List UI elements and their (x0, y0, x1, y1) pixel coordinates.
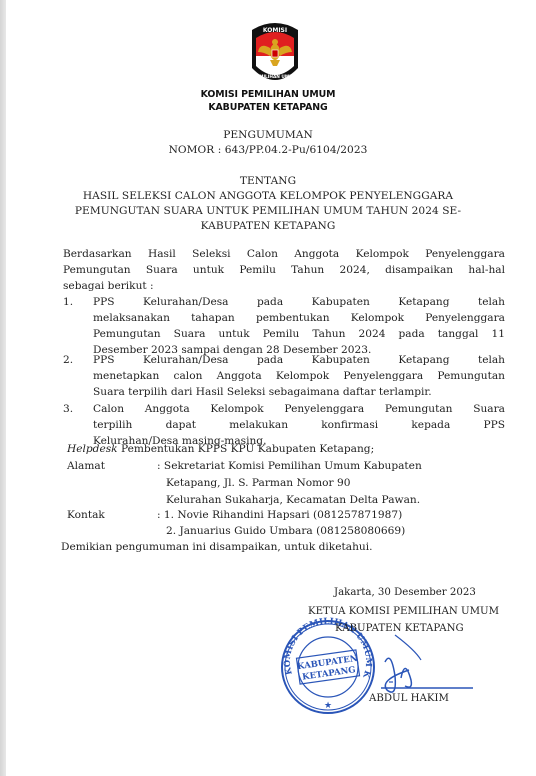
list-line: Calon Anggota Kelompok Penyelenggara Pem… (93, 401, 505, 417)
about-heading: TENTANG (0, 175, 536, 187)
svg-text:★: ★ (324, 701, 332, 711)
organization-name: KOMISI PEMILIHAN UMUM (0, 89, 536, 100)
intro-line: sebagai berikut : (63, 278, 505, 294)
intro-line: Pemungutan Suara untuk Pemilu Tahun 2024… (63, 262, 505, 278)
intro-paragraph: Berdasarkan Hasil Seleksi Calon Anggota … (63, 246, 505, 294)
list-number: 3. (63, 401, 85, 417)
intro-line: Berdasarkan Hasil Seleksi Calon Anggota … (63, 246, 505, 262)
contact-line: : 1. Novie Rihandini Hapsari (0812578719… (157, 509, 402, 521)
address-line: Ketapang, Jl. S. Parman Nomor 90 (166, 477, 350, 489)
place-date: Jakarta, 30 Desember 2023 (334, 587, 476, 598)
svg-text:PEMILIHAN UMUM: PEMILIHAN UMUM (253, 74, 297, 80)
list-line: PPS Kelurahan/Desa pada Kabupaten Ketapa… (93, 294, 505, 310)
subject-line: HASIL SELEKSI CALON ANGGOTA KELOMPOK PEN… (0, 190, 536, 202)
list-number: 1. (63, 294, 85, 310)
helpdesk-line: Helpdesk Pembentukan KPPS KPU Kabupaten … (67, 443, 374, 455)
list-line: PPS Kelurahan/Desa pada Kabupaten Ketapa… (93, 352, 505, 368)
list-line: terpilih dapat melakukan konfirmasi kepa… (93, 417, 505, 433)
kpu-logo-icon: KOMISI PEMILIHAN UMUM (246, 18, 304, 88)
contact-label: Kontak (67, 509, 105, 521)
helpdesk-text: Pembentukan KPPS KPU Kabupaten Ketapang; (118, 443, 375, 455)
address-line: Kelurahan Sukaharja, Kecamatan Delta Paw… (166, 494, 420, 506)
subject-line: KABUPATEN KETAPANG (0, 220, 536, 232)
announcement-number: NOMOR : 643/PP.04.2-Pu/6104/2023 (0, 144, 536, 156)
list-line: Pemungutan Suara untuk Pemilu Tahun 2024… (93, 326, 505, 342)
signatory-name: ABDUL HAKIM (369, 693, 449, 704)
list-line: Suara terpilih dari Hasil Seleksi sebaga… (93, 384, 505, 400)
list-number: 2. (63, 352, 85, 368)
list-line: menetapkan calon Anggota Kelompok Penyel… (93, 368, 505, 384)
address-line: : Sekretariat Komisi Pemilihan Umum Kabu… (157, 460, 422, 472)
contact-line: 2. Januarius Guido Umbara (081258080669) (166, 525, 405, 537)
address-label: Alamat (67, 460, 105, 472)
announcement-heading: PENGUMUMAN (0, 129, 536, 141)
list-line: melaksanakan tahapan pembentukan Kelompo… (93, 310, 505, 326)
organization-region: KABUPATEN KETAPANG (0, 102, 536, 113)
helpdesk-label: Helpdesk (67, 443, 118, 455)
svg-text:KOMISI: KOMISI (263, 27, 287, 34)
signatory-position: KETUA KOMISI PEMILIHAN UMUM (308, 606, 499, 617)
subject-line: PEMUNGUTAN SUARA UNTUK PEMILIHAN UMUM TA… (0, 205, 536, 217)
closing-statement: Demikian pengumuman ini disampaikan, unt… (61, 541, 372, 553)
